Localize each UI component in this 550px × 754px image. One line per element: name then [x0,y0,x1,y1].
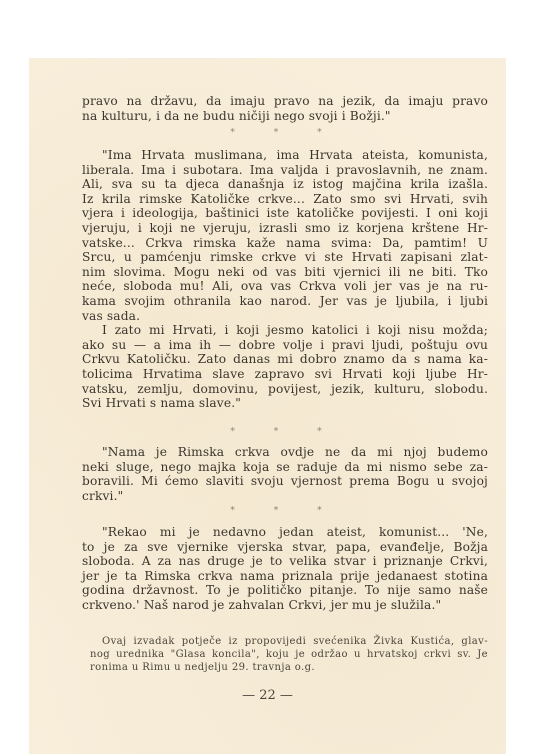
text-line: vatsku, zemlju, domovinu, povijest, jezi… [82,382,488,397]
text-line: neki sluge, nego majka koja se raduje da… [82,460,488,475]
footnote-line: nog urednika "Glasa koncila", koju je od… [90,648,488,661]
text-line: na kulturu, i da ne budu ničiji nego svo… [82,109,488,124]
text-line: I zato mi Hrvati, i koji jesmo katolici … [82,323,488,338]
text-line: "Ima Hrvata muslimana, ima Hrvata ateist… [82,148,488,163]
footnote-line: Ovaj izvadak potječe iz propovijedi sveć… [90,635,488,648]
text-line: boravili. Mi ćemo slaviti svoju vjernost… [82,474,488,489]
text-line: godina državnost. To je političko pitanj… [82,583,488,598]
text-line: Iz krila rimske Katoličke crkve... Zato … [82,192,488,207]
text-line: vas sada. [82,309,488,324]
paragraph-continuation: pravo na državu, da imaju pravo na jezik… [82,94,488,123]
section-separator: * * * [82,128,488,138]
section-separator: * * * [82,506,488,516]
text-line: to je za sve vjernike vjerska stvar, pap… [82,540,488,555]
quote-paragraph-4: "Rekao mi je nedavno jedan ateist, komun… [82,525,488,613]
quote-paragraph-3: "Nama je Rimska crkva ovdje ne da mi njo… [82,445,488,503]
footnote: Ovaj izvadak potječe iz propovijedi sveć… [90,635,488,675]
page-number: — 22 — [29,688,506,703]
text-line: crkveno.' Naš narod je zahvalan Crkvi, j… [82,598,488,613]
text-line: vjera i ideologija, baštinici iste katol… [82,206,488,221]
text-line: sloboda. A za nas druge je to velika stv… [82,554,488,569]
text-line: pravo na državu, da imaju pravo na jezik… [82,94,488,109]
footnote-line: ronima u Rimu u nedjelju 29. travnja o.g… [90,661,488,674]
text-line: vatske... Crkva rimska kaže nama svima: … [82,236,488,251]
quote-paragraph-1: "Ima Hrvata muslimana, ima Hrvata ateist… [82,148,488,411]
text-line: vjeruju, i koji ne vjeruju, izrasli smo … [82,221,488,236]
text-line: Ali, sva su ta djeca današnja iz istog m… [82,177,488,192]
text-line: jer je ta Rimska crkva nama priznala pri… [82,569,488,584]
text-line: liberala. Ima i subotara. Ima valjda i p… [82,163,488,178]
text-line: Crkvu Katoličku. Zato danas mi dobro zna… [82,352,488,367]
text-line: kama svojim othranila kao narod. Jer vas… [82,294,488,309]
book-page: pravo na državu, da imaju pravo na jezik… [29,58,506,754]
text-line: nim slovima. Mogu neki od vas biti vjern… [82,265,488,280]
text-line: "Nama je Rimska crkva ovdje ne da mi njo… [82,445,488,460]
text-line: crkvi." [82,489,488,504]
text-line: ako su — a ima ih — dobre volje i pravi … [82,338,488,353]
text-line: "Rekao mi je nedavno jedan ateist, komun… [82,525,488,540]
text-line: Srcu, u pamćenju rimske crkve vi ste Hrv… [82,250,488,265]
text-line: Svi Hrvati s nama slave." [82,396,488,411]
section-separator: * * * [82,427,488,437]
text-line: tolicima Hrvatima slave zapravo svi Hrva… [82,367,488,382]
text-line: neće, sloboda mu! Ali, ova vas Crkva vol… [82,279,488,294]
